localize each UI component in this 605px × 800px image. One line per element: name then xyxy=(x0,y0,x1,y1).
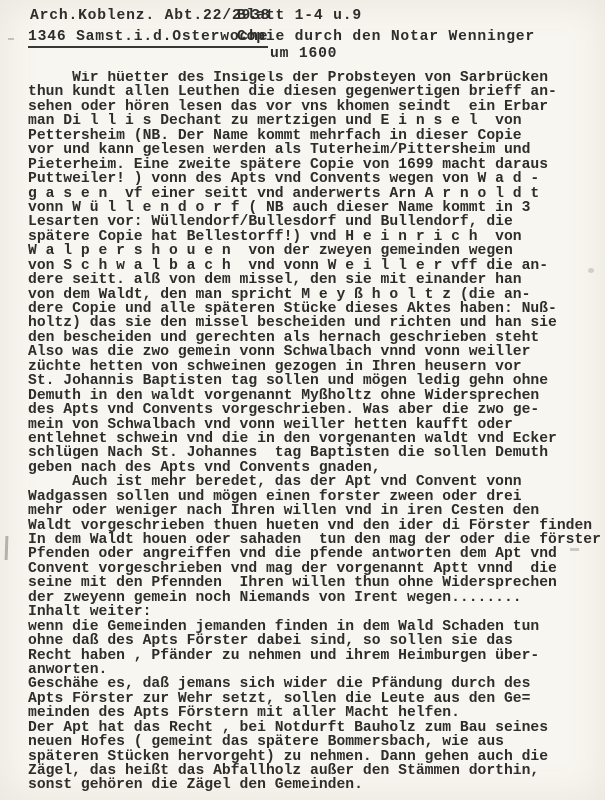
text-line: Pieterheim. Eine zweite spätere Copie vo… xyxy=(28,158,605,172)
text-line: ohne daß des Apts Förster dabei sind, so… xyxy=(28,634,605,648)
text-line: Geschähe es, daß jemans sich wider die P… xyxy=(28,677,605,691)
copy-note-line2: um 1600 xyxy=(270,46,337,62)
text-line: mehr oder weniger nach Ihren willen vnd … xyxy=(28,504,605,518)
scan-artifact-margin-stroke xyxy=(5,536,9,560)
text-line: meinden des Apts Förstern mit aller Mach… xyxy=(28,706,605,720)
text-line: Apts Förster zur Wehr setzt, sollen die … xyxy=(28,692,605,706)
text-line: vor und kann gelesen werden als Tuterhei… xyxy=(28,143,605,157)
scan-artifact-speck xyxy=(588,268,594,273)
text-line: der zweyenn gemein noch Niemands von Ire… xyxy=(28,591,605,605)
text-line: anworten. xyxy=(28,663,605,677)
text-line: Demuth in den waldt vorgenannt Myßholtz … xyxy=(28,389,605,403)
text-line: Auch ist mehr beredet, das der Apt vnd C… xyxy=(28,475,605,489)
text-line: geben nach des Apts vnd Convents gnaden, xyxy=(28,461,605,475)
text-line: Puttweiler! ) vonn des Apts vnd Convents… xyxy=(28,172,605,186)
text-line: den bescheiden und gerechten als hernach… xyxy=(28,331,605,345)
text-line: Recht haben , Pfänder zu nehmen und ihre… xyxy=(28,649,605,663)
text-line: späteren Stücken hervorgeht) zu nehmen. … xyxy=(28,750,605,764)
text-line: Wadgassen sollen und mögen einen forster… xyxy=(28,490,605,504)
text-line: W a l p e r s h o u e n von der zweyen g… xyxy=(28,244,605,258)
text-line: des Apts vnd Convents vorgeschrieben. Wa… xyxy=(28,403,605,417)
text-line: sehen oder hören lesen das vor vns khome… xyxy=(28,100,605,114)
text-line: holtz) das sie den missel bescheiden und… xyxy=(28,316,605,330)
text-line: thun kundt allen Leuthen die diesen gege… xyxy=(28,85,605,99)
scan-artifact-speck xyxy=(8,38,14,40)
text-line: dere Copie und alle späteren Stücke dies… xyxy=(28,302,605,316)
text-line: wenn die Gemeinden jemanden finden in de… xyxy=(28,620,605,634)
document-body-text: Wir hüetter des Insigels der Probsteyen … xyxy=(28,71,605,793)
text-line: Waldt vorgeschrieben thuen hueten vnd de… xyxy=(28,519,605,533)
text-line: dere seitt. alß von dem missel, den sie … xyxy=(28,273,605,287)
text-line: Lesarten vor: Wüllendorf/Bullesdorf und … xyxy=(28,215,605,229)
text-line: vonn W ü l l e n d o r f ( NB auch diese… xyxy=(28,201,605,215)
text-line: St. Johannis Baptisten tag sollen und mö… xyxy=(28,374,605,388)
text-line: Zägel, das heißt das Abfallholz außer de… xyxy=(28,764,605,778)
text-line: mein von Schwalbach vnd vonn weiller het… xyxy=(28,418,605,432)
text-line: sonst gehören die Zägel den Gemeinden. xyxy=(28,778,605,792)
text-line: Convent vorgeschrieben vnd mag der vorge… xyxy=(28,562,605,576)
text-line: Inhalt weiter: xyxy=(28,605,605,619)
copy-note-line1: Copie durch den Notar Wenninger xyxy=(237,29,535,45)
text-line: g a s e n vf einer seitt vnd anderwerts … xyxy=(28,187,605,201)
document-date-underlined: 1346 Samst.i.d.Osterwoche xyxy=(28,29,268,48)
text-line: schlügen Nach St. Johannes tag Baptisten… xyxy=(28,446,605,460)
scanned-document-page: Arch.Koblenz. Abt.22/2938 Blatt 1-4 u.9 … xyxy=(0,0,605,800)
text-line: Wir hüetter des Insigels der Probsteyen … xyxy=(28,71,605,85)
text-line: entlehnet schwein vnd die in den vorgena… xyxy=(28,432,605,446)
text-line: In dem Waldt houen oder sahaden tun den … xyxy=(28,533,605,547)
text-line: Also was die zwo gemein vonn Schwalbach … xyxy=(28,345,605,359)
text-line: Der Apt hat das Recht , bei Notdurft Bau… xyxy=(28,721,605,735)
text-line: neuen Hofes ( gemeint das spätere Bommer… xyxy=(28,735,605,749)
scan-artifact-speck xyxy=(570,548,579,551)
text-line: spätere Copie hat Bellestorff!) vnd H e … xyxy=(28,230,605,244)
archive-reference: Arch.Koblenz. Abt.22/2938 xyxy=(30,8,270,24)
text-line: von S c h w a l b a c h vnd vonn W e i l… xyxy=(28,259,605,273)
text-line: von dem Waldt, den man spricht M e y ß h… xyxy=(28,288,605,302)
sheet-number: Blatt 1-4 u.9 xyxy=(237,8,362,24)
text-line: man Di l l i s Dechant zu mertzigen und … xyxy=(28,114,605,128)
text-line: seine mit den Pfennden Ihren willen thun… xyxy=(28,576,605,590)
text-line: Pettersheim (NB. Der Name kommt mehrfach… xyxy=(28,129,605,143)
text-line: züchte hetten von schweinen gezogen in I… xyxy=(28,360,605,374)
text-line: Pfenden oder angreiffen vnd die pfende a… xyxy=(28,547,605,561)
